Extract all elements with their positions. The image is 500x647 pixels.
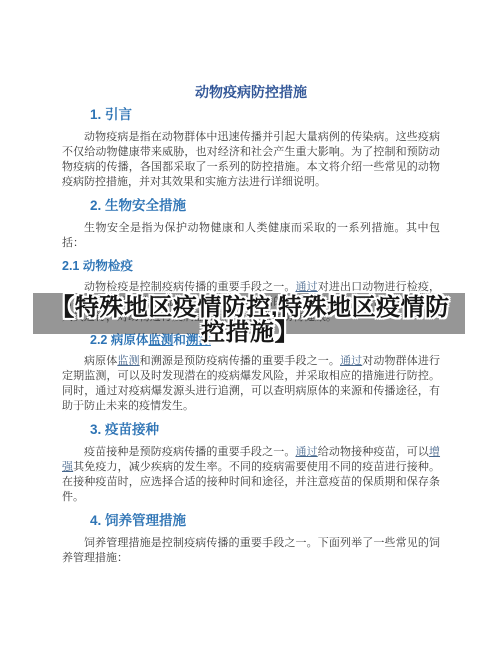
section-heading: 2.1 动物检疫 <box>62 259 440 273</box>
inline-link[interactable]: 监测 <box>117 355 139 367</box>
text-run: 4. 饲养管理措施 <box>90 513 186 528</box>
inline-link[interactable]: 通过 <box>340 355 362 367</box>
inline-link[interactable]: 通过 <box>295 446 317 458</box>
text-run: 2. 生物安全措施 <box>90 198 186 213</box>
text-run: 3. 疫苗接种 <box>90 422 159 437</box>
text-run: 饲养管理措施是控制疫病传播的重要手段之一。下面列举了一些常见的饲养管理措施： <box>62 537 440 564</box>
article-body: 1. 引言动物疫病是指在动物群体中迅速传播并引起大量病例的传染病。这些疫病不仅给… <box>62 107 440 566</box>
text-run: 1. 引言 <box>90 107 132 122</box>
text-run: 和溯源是预防疫病传播的重要手段之一。 <box>140 355 340 367</box>
document-page: 动物疫病防控措施 1. 引言动物疫病是指在动物群体中迅速传播并引起大量病例的传染… <box>0 0 500 647</box>
page-title: 动物疫病防控措施 <box>62 84 440 101</box>
paragraph: 生物安全是指为保护动物健康和人类健康而采取的一系列措施。其中包括： <box>62 221 440 251</box>
text-run: 2.2 病原体 <box>90 333 148 347</box>
section-heading: 3. 疫苗接种 <box>90 422 440 438</box>
section-heading: 2.2 病原体监测和溯源 <box>90 333 440 347</box>
section-heading: 2. 生物安全措施 <box>90 198 440 214</box>
text-run: 其免疫力，减少疾病的发生率。不同的疫病需要使用不同的疫苗进行接种。在接种疫苗时，… <box>62 461 440 503</box>
section-heading: 4. 饲养管理措施 <box>90 513 440 529</box>
watermark-band <box>33 293 465 334</box>
paragraph: 动物疫病是指在动物群体中迅速传播并引起大量病例的传染病。这些疫病不仅给动物健康带… <box>62 130 440 190</box>
text-run: 动物检疫是控制疫病传播的重要手段之一。 <box>84 281 295 293</box>
text-run: 和 <box>173 333 186 347</box>
inline-link[interactable]: 监测 <box>148 333 173 347</box>
paragraph: 疫苗接种是预防疫病传播的重要手段之一。通过给动物接种疫苗，可以增强其免疫力，减少… <box>62 445 440 505</box>
inline-link[interactable]: 溯源 <box>186 333 211 347</box>
text-run: 病原体 <box>84 355 117 367</box>
paragraph: 病原体监测和溯源是预防疫病传播的重要手段之一。通过对动物群体进行定期监测，可以及… <box>62 354 440 414</box>
text-run: 疫苗接种是预防疫病传播的重要手段之一。 <box>84 446 295 458</box>
section-heading: 1. 引言 <box>90 107 440 123</box>
paragraph: 饲养管理措施是控制疫病传播的重要手段之一。下面列举了一些常见的饲养管理措施： <box>62 536 440 566</box>
inline-link[interactable]: 通过 <box>295 281 317 293</box>
text-run: 生物安全是指为保护动物健康和人类健康而采取的一系列措施。其中包括： <box>62 222 440 249</box>
text-run: 给动物接种疫苗，可以 <box>318 446 429 458</box>
text-run: 动物疫病是指在动物群体中迅速传播并引起大量病例的传染病。这些疫病不仅给动物健康带… <box>62 131 440 188</box>
text-run: 2.1 动物检疫 <box>62 259 133 273</box>
